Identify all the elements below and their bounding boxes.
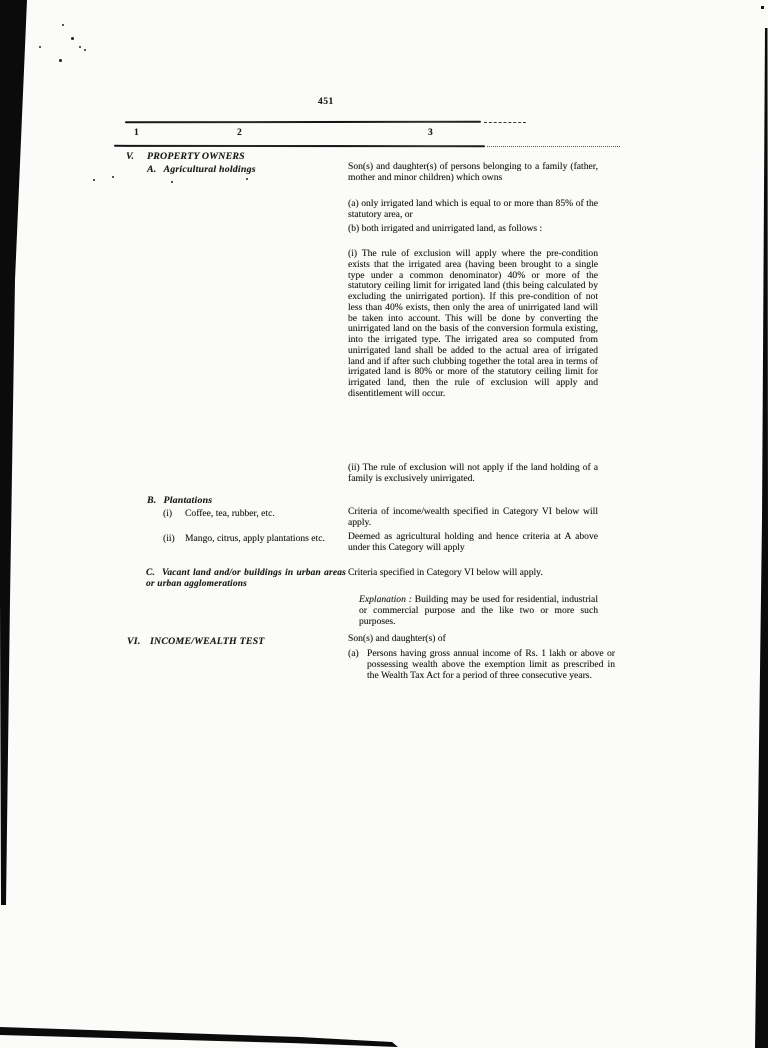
item-b-i-label: Coffee, tea, rubber, etc. xyxy=(185,508,275,519)
column-header-1: 1 xyxy=(134,128,139,138)
item-b-i-left: (i)Coffee, tea, rubber, etc. xyxy=(163,509,275,520)
table-mid-rule-dashes xyxy=(487,146,620,147)
item-c-right: Criteria specified in Category VI below … xyxy=(348,568,598,579)
section-v-heading: V.PROPERTY OWNERS xyxy=(126,151,245,162)
scan-speck xyxy=(39,46,41,48)
table-top-rule xyxy=(125,121,481,124)
item-a-title: Agricultural holdings xyxy=(163,164,255,175)
item-b-ii-marker: (ii) xyxy=(163,534,185,545)
page-number: 451 xyxy=(318,97,334,107)
scan-speck xyxy=(84,49,86,51)
section-vi-heading: VI.INCOME/WEALTH TEST xyxy=(127,636,265,647)
para-owns-intro: Son(s) and daughter(s) of persons belong… xyxy=(348,162,598,184)
scan-speck xyxy=(59,59,62,62)
scan-speck xyxy=(246,178,248,180)
item-b-letter: B. xyxy=(147,495,156,506)
para-i-rule-of-exclusion: (i) The rule of exclusion will apply whe… xyxy=(348,249,598,400)
table-mid-rule xyxy=(114,145,485,148)
section-vi-item-a-marker: (a) xyxy=(348,649,359,660)
section-v-title: PROPERTY OWNERS xyxy=(147,151,245,162)
scan-border-bottom xyxy=(0,1027,398,1047)
scan-speck xyxy=(112,176,114,178)
item-c-title: Vacant land and/or buildings in urban ar… xyxy=(146,568,346,589)
para-ii-rule-not-apply: (ii) The rule of exclusion will not appl… xyxy=(348,463,598,485)
item-a-heading: A.Agricultural holdings xyxy=(147,164,256,175)
table-top-rule-dashes xyxy=(484,122,526,123)
scan-border-right xyxy=(755,28,768,1048)
para-b-both-lands: (b) both irrigated and unirrigated land,… xyxy=(348,224,598,235)
scan-border-left xyxy=(0,0,27,905)
item-b-i-marker: (i) xyxy=(163,509,185,520)
item-b-ii-label: Mango, citrus, apply plantations etc. xyxy=(185,533,325,544)
scan-speck xyxy=(93,179,95,181)
scanned-document-page: 451 1 2 3 V.PROPERTY OWNERS A.Agricultur… xyxy=(0,0,768,1048)
item-b-ii-left: (ii)Mango, citrus, apply plantations etc… xyxy=(163,534,325,545)
item-b-heading: B.Plantations xyxy=(147,495,212,506)
scan-speck xyxy=(79,46,81,48)
scan-speck-topright xyxy=(761,6,764,9)
item-b-ii-right: Deemed as agricultural holding and hence… xyxy=(348,532,598,554)
section-vi-right-intro: Son(s) and daughter(s) of xyxy=(348,634,598,645)
item-b-i-right: Criteria of income/wealth specified in C… xyxy=(348,507,598,529)
section-vi-numeral: VI. xyxy=(127,636,150,647)
scan-speck xyxy=(171,181,173,183)
section-v-numeral: V. xyxy=(126,151,147,162)
section-vi-item-a-text: Persons having gross annual income of Rs… xyxy=(367,648,615,681)
column-header-2: 2 xyxy=(237,128,242,138)
scan-speck xyxy=(62,24,64,26)
para-a-irrigated: (a) only irrigated land which is equal t… xyxy=(348,199,598,221)
item-b-title: Plantations xyxy=(163,495,212,506)
item-a-letter: A. xyxy=(147,164,156,175)
scan-speck xyxy=(71,37,74,40)
section-vi-item-a: (a) Persons having gross annual income o… xyxy=(348,649,615,681)
explanation-label: Explanation : xyxy=(359,594,412,605)
explanation-paragraph: Explanation : Building may be used for r… xyxy=(359,595,598,627)
item-c-heading: C.Vacant land and/or buildings in urban … xyxy=(146,568,346,590)
column-header-3: 3 xyxy=(428,128,433,138)
section-vi-title: INCOME/WEALTH TEST xyxy=(150,636,265,647)
item-c-letter: C. xyxy=(146,568,155,578)
